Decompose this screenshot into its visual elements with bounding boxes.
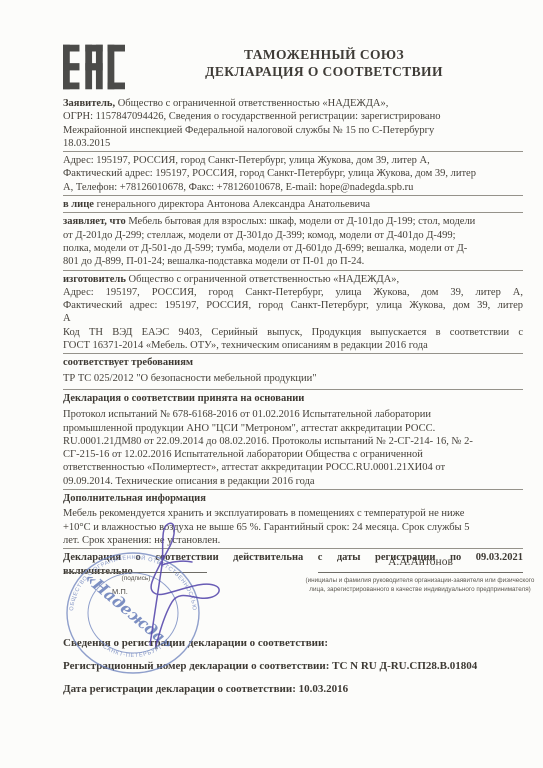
representative-label: в лице	[63, 199, 94, 210]
basis-heading: Декларация о соответствии принята на осн…	[63, 392, 523, 405]
applicant-name: Общество с ограниченной ответственностью…	[115, 98, 388, 109]
section-divider	[63, 212, 523, 213]
section-divider	[63, 353, 523, 354]
text-line: от Д-201до Д-299; стеллаж, модели от Д-3…	[63, 229, 523, 242]
declares-products: Мебель бытовая для взрослых: шкаф, модел…	[126, 216, 476, 227]
representative-section: в лице генерального директора Антонова А…	[63, 198, 523, 211]
signatory-name-line	[318, 572, 523, 573]
text-line: промышленной продукции АНО "ЦСИ "Метроно…	[63, 422, 523, 435]
section-divider	[63, 195, 523, 196]
handwritten-signature	[118, 508, 248, 650]
text-line: заявляет, что Мебель бытовая для взрослы…	[63, 215, 523, 228]
text-line: Адрес: 195197, РОССИЯ, город Санкт-Петер…	[63, 286, 523, 299]
section-divider	[63, 389, 523, 390]
requirements-section: соответствует требованиям ТР ТС 025/2012…	[63, 356, 523, 385]
registration-date-value: 10.03.2016	[296, 683, 348, 695]
applicant-section: Заявитель, Общество с ограниченной ответ…	[63, 97, 523, 150]
text-line: Адрес: 195197, РОССИЯ, город Санкт-Петер…	[63, 154, 523, 167]
text-line: в лице генерального директора Антонова А…	[63, 198, 523, 211]
text-line: СГ-215-16 от 12.02.2016 Испытательной ла…	[63, 448, 523, 461]
text-line: Код ТН ВЭД ЕАЭС 9403, Серийный выпуск, П…	[63, 326, 523, 339]
technical-regulation: ТР ТС 025/2012 "О безопасности мебельной…	[63, 372, 523, 385]
basis-section: Декларация о соответствии принята на осн…	[63, 392, 523, 488]
signatory-note: (инициалы и фамилия руководителя организ…	[296, 577, 543, 594]
text-line: 09.09.2014. Технические описания в редак…	[63, 475, 523, 488]
text-line: ГОСТ 16371-2014 «Мебель. ОТУ», техническ…	[63, 339, 523, 352]
representative-name: генерального директора Антонова Александ…	[94, 199, 370, 210]
title-line-1: ТАМОЖЕННЫЙ СОЮЗ	[125, 46, 523, 63]
registration-date-label: Дата регистрации декларации о соответств…	[63, 683, 296, 695]
text-line: Фактический адрес: 195197, РОССИЯ, город…	[63, 167, 523, 180]
document-title: ТАМОЖЕННЫЙ СОЮЗ ДЕКЛАРАЦИЯ О СООТВЕТСТВИ…	[125, 42, 523, 90]
text-line: ОГРН: 1157847094426, Сведения о государс…	[63, 110, 523, 123]
text-line: А	[63, 312, 523, 325]
declared-products-section: заявляет, что Мебель бытовая для взрослы…	[63, 215, 523, 268]
signatory-note-line-1: (инициалы и фамилия руководителя организ…	[296, 577, 543, 586]
document-header: ТАМОЖЕННЫЙ СОЮЗ ДЕКЛАРАЦИЯ О СООТВЕТСТВИ…	[63, 42, 523, 90]
registration-number-value: ТС N RU Д-RU.СП28.В.01804	[329, 660, 477, 672]
applicant-address-section: Адрес: 195197, РОССИЯ, город Санкт-Петер…	[63, 154, 523, 194]
text-line: изготовитель Общество с ограниченной отв…	[63, 273, 523, 286]
text-line: Заявитель, Общество с ограниченной ответ…	[63, 97, 523, 110]
declaration-document-page: ТАМОЖЕННЫЙ СОЮЗ ДЕКЛАРАЦИЯ О СООТВЕТСТВИ…	[0, 0, 543, 768]
signatory-note-line-2: лица, зарегистрированного в качестве инд…	[296, 586, 543, 595]
registration-date-line: Дата регистрации декларации о соответств…	[63, 683, 533, 695]
manufacturer-label: изготовитель	[63, 274, 126, 285]
text-line: RU.0001.21ДМ80 от 22.09.2014 до 08.02.20…	[63, 435, 523, 448]
text-line: А, Телефон: +78126010678, Факс: +7812601…	[63, 181, 523, 194]
text-line: Фактический адрес: 195197, РОССИЯ, город…	[63, 299, 523, 312]
title-line-2: ДЕКЛАРАЦИЯ О СООТВЕТСТВИИ	[125, 63, 523, 80]
text-line: Протокол испытаний № 678-6168-2016 от 01…	[63, 408, 523, 421]
text-line: 18.03.2015	[63, 137, 523, 150]
manufacturer-name: Общество с ограниченной ответственностью…	[126, 274, 399, 285]
text-line: 801 до Д-899, П-01-24; вешалка-подставка…	[63, 255, 523, 268]
signatory-name: А.А.Антонов	[318, 556, 523, 568]
section-divider	[63, 489, 523, 490]
section-divider	[63, 270, 523, 271]
section-divider	[63, 151, 523, 152]
eac-logo-icon	[63, 44, 125, 90]
requirements-heading: соответствует требованиям	[63, 356, 523, 369]
additional-info-heading: Дополнительная информация	[63, 492, 523, 505]
text-line: полка, модели от Д-501-до Д-599; тумба, …	[63, 242, 523, 255]
declares-label: заявляет, что	[63, 216, 126, 227]
text-line: Межрайонной инспекцией Федеральной налог…	[63, 124, 523, 137]
document-body: Заявитель, Общество с ограниченной ответ…	[63, 97, 523, 578]
text-line: ответственностью «Полимертест», аттестат…	[63, 461, 523, 474]
manufacturer-section: изготовитель Общество с ограниченной отв…	[63, 273, 523, 353]
applicant-label: Заявитель,	[63, 98, 115, 109]
